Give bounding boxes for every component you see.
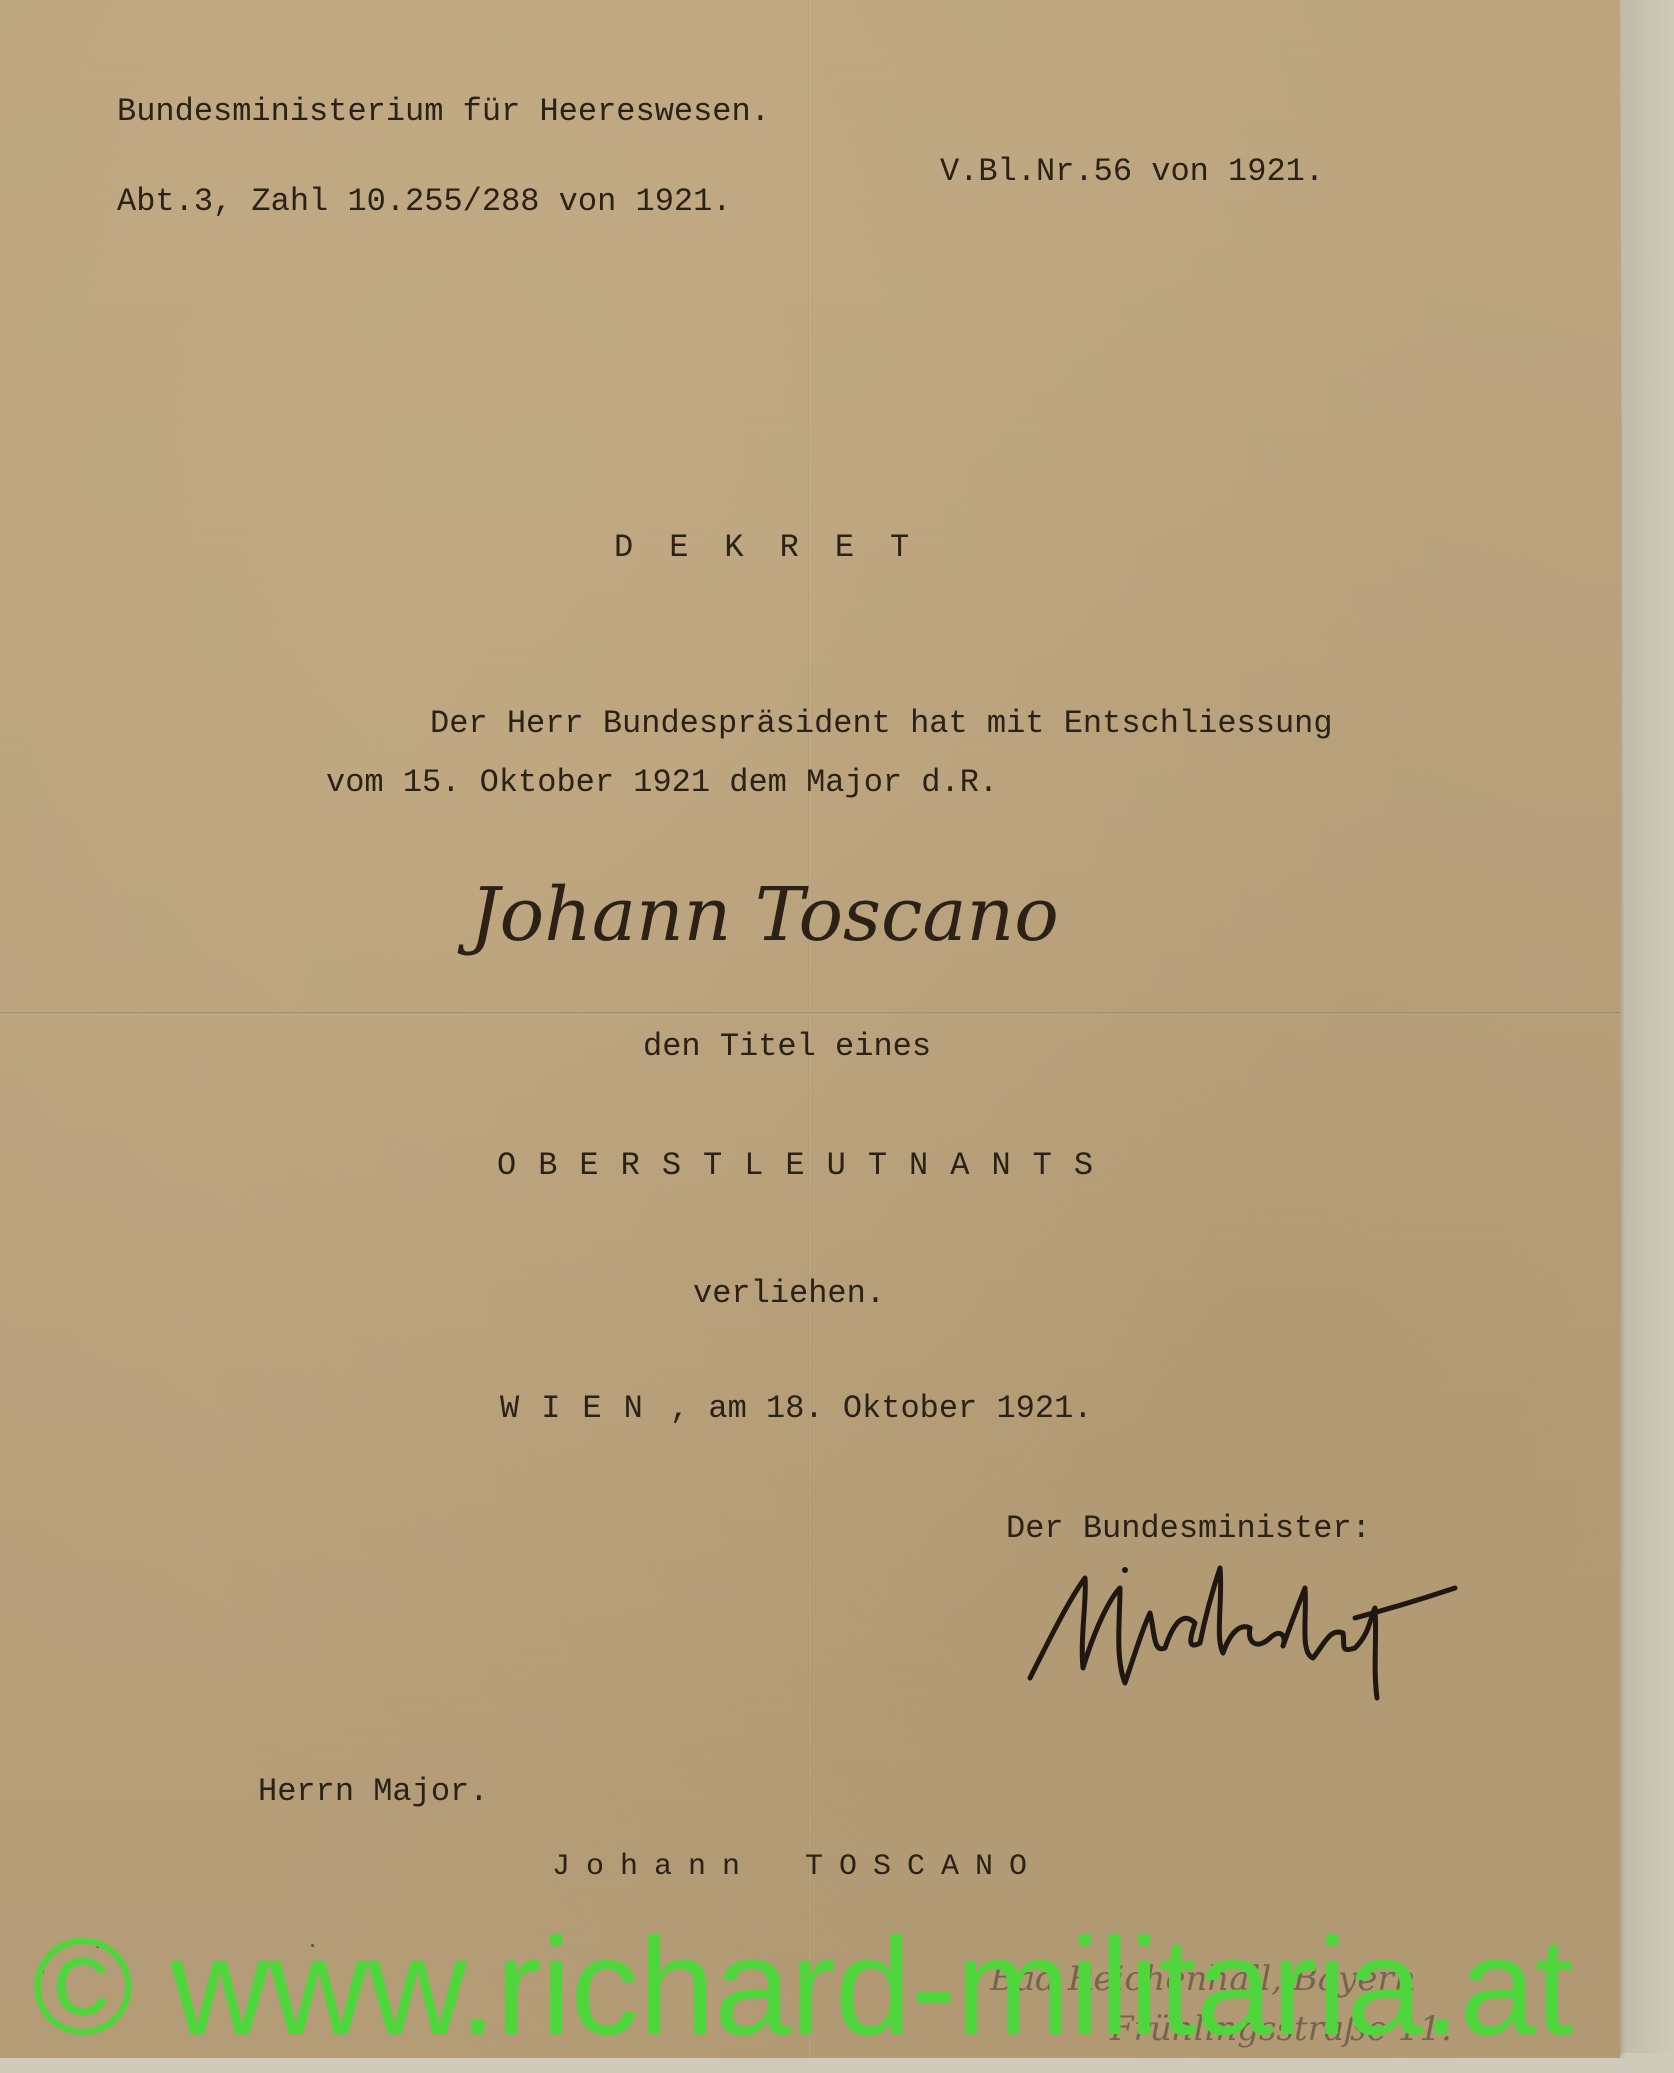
document-title: DEKRET <box>614 532 945 564</box>
body-line-3: den Titel eines <box>643 1031 931 1063</box>
addressee-salutation: Herrn Major. <box>258 1776 488 1808</box>
ministry-header: Bundesministerium für Heereswesen. <box>117 96 770 128</box>
signature-label: Der Bundesminister: <box>1006 1513 1371 1545</box>
place-city: WIEN <box>500 1393 665 1425</box>
document-paper: Bundesministerium für Heereswesen. Abt.3… <box>0 0 1620 2058</box>
horizontal-fold-line <box>0 1012 1620 1015</box>
rank-title: OBERSTLEUTNANTS <box>497 1150 1115 1182</box>
gazette-reference: V.Bl.Nr.56 von 1921. <box>940 156 1324 188</box>
addressee-last-name: TOSCANO <box>805 1852 1043 1882</box>
body-line-4: verliehen. <box>693 1278 885 1310</box>
background-surface <box>1614 0 1674 2073</box>
body-line-2: vom 15. Oktober 1921 dem Major d.R. <box>326 767 998 799</box>
copyright-watermark: © www.richard-militaria.at <box>32 1918 1572 2056</box>
reference-number: Abt.3, Zahl 10.255/288 von 1921. <box>117 186 732 218</box>
addressee-first-name: Johann <box>552 1852 756 1882</box>
place-date: , am 18. Oktober 1921. <box>670 1393 1092 1425</box>
recipient-handwritten-name: Johann Toscano <box>470 878 1059 952</box>
body-line-1: Der Herr Bundespräsident hat mit Entschl… <box>430 708 1333 740</box>
minister-signature <box>1025 1558 1465 1708</box>
